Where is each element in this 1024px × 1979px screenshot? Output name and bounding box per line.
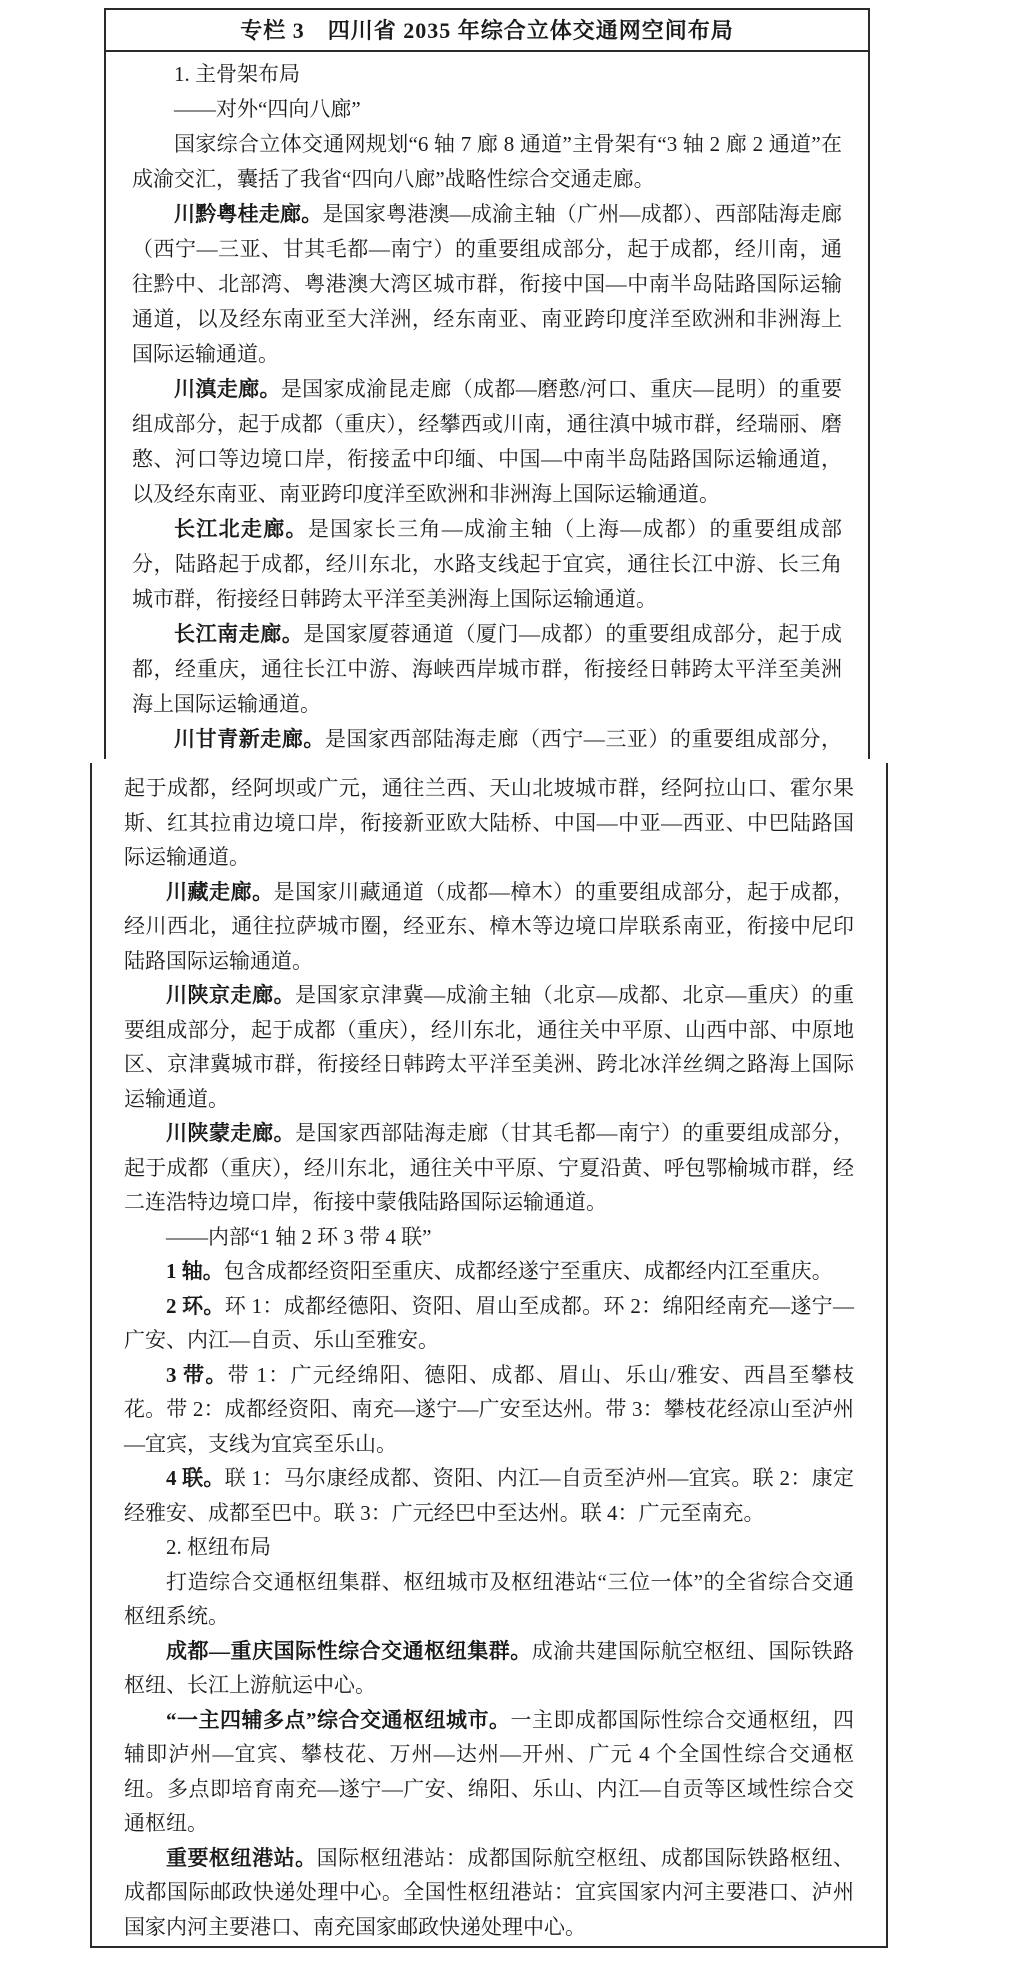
section-heading: ——内部“1 轴 2 环 3 带 4 联” [124, 1220, 854, 1255]
paragraph: 起于成都，经阿坝或广元，通往兰西、天山北坡城市群，经阿拉山口、霍尔果斯、红其拉甫… [124, 771, 854, 875]
paragraph-lead: 川陕蒙走廊。 [166, 1121, 295, 1145]
box-page2: 起于成都，经阿坝或广元，通往兰西、天山北坡城市群，经阿拉山口、霍尔果斯、红其拉甫… [90, 763, 888, 1948]
paragraph: 川黔粤桂走廊。是国家粤港澳—成渝主轴（广州—成都）、西部陆海走廊（西宁—三亚、甘… [132, 197, 842, 372]
paragraph-lead: 川滇走廊。 [174, 377, 281, 401]
paragraph: 川陕蒙走廊。是国家西部陆海走廊（甘其毛都—南宁）的重要组成部分，起于成都（重庆）… [124, 1116, 854, 1220]
box-page1-body: 1. 主骨架布局——对外“四向八廊”国家综合立体交通网规划“6 轴 7 廊 8 … [106, 52, 868, 757]
paragraph: 川滇走廊。是国家成渝昆走廊（成都—磨憨/河口、重庆—昆明）的重要组成部分，起于成… [132, 372, 842, 512]
paragraph-lead: 4 联。 [166, 1466, 225, 1490]
paragraph: 打造综合交通枢纽集群、枢纽城市及枢纽港站“三位一体”的全省综合交通枢纽系统。 [124, 1565, 854, 1634]
paragraph: 4 联。联 1：马尔康经成都、资阳、内江—自贡至泸州—宜宾。联 2：康定经雅安、… [124, 1461, 854, 1530]
paragraph: 3 带。带 1：广元经绵阳、德阳、成都、眉山、乐山/雅安、西昌至攀枝花。带 2：… [124, 1358, 854, 1462]
box-page1: 专栏 3 四川省 2035 年综合立体交通网空间布局 1. 主骨架布局——对外“… [104, 8, 870, 759]
section-heading: 1. 主骨架布局 [132, 57, 842, 92]
paragraph: 川陕京走廊。是国家京津冀—成渝主轴（北京—成都、北京—重庆）的重要组成部分，起于… [124, 978, 854, 1116]
paragraph: 2 环。环 1：成都经德阳、资阳、眉山至成都。环 2：绵阳经南充—遂宁—广安、内… [124, 1289, 854, 1358]
paragraph-lead: 3 带。 [166, 1363, 228, 1387]
paragraph-lead: 2 环。 [166, 1294, 225, 1318]
paragraph: 重要枢纽港站。国际枢纽港站：成都国际航空枢纽、成都国际铁路枢纽、成都国际邮政快递… [124, 1841, 854, 1945]
paragraph: 川藏走廊。是国家川藏通道（成都—樟木）的重要组成部分，起于成都，经川西北，通往拉… [124, 875, 854, 979]
paragraph: 成都—重庆国际性综合交通枢纽集群。成渝共建国际航空枢纽、国际铁路枢纽、长江上游航… [124, 1634, 854, 1703]
paragraph-lead: 川黔粤桂走廊。 [174, 202, 322, 226]
paragraph-lead: 川陕京走廊。 [166, 983, 295, 1007]
section-heading: 2. 枢纽布局 [124, 1530, 854, 1565]
paragraph-lead: “一主四辅多点”综合交通枢纽城市。 [166, 1708, 511, 1732]
paragraph-lead: 川甘青新走廊。 [174, 727, 325, 751]
paragraph-lead: 长江北走廊。 [174, 517, 308, 541]
paragraph: “一主四辅多点”综合交通枢纽城市。一主即成都国际性综合交通枢纽，四辅即泸州—宜宾… [124, 1703, 854, 1841]
paragraph-lead: 长江南走廊。 [174, 622, 303, 646]
paragraph-lead: 重要枢纽港站。 [166, 1846, 317, 1870]
document-page: { "page": { "background": "#ffffff", "te… [0, 0, 1024, 1979]
paragraph: 1 轴。包含成都经资阳至重庆、成都经遂宁至重庆、成都经内江至重庆。 [124, 1254, 854, 1289]
paragraph-lead: 成都—重庆国际性综合交通枢纽集群。 [166, 1639, 532, 1663]
paragraph: 长江南走廊。是国家厦蓉通道（厦门—成都）的重要组成部分，起于成都，经重庆，通往长… [132, 617, 842, 722]
paragraph: 川甘青新走廊。是国家西部陆海走廊（西宁—三亚）的重要组成部分， [132, 722, 842, 757]
section-heading: ——对外“四向八廊” [132, 92, 842, 127]
paragraph-lead: 川藏走廊。 [166, 880, 274, 904]
paragraph: 长江北走廊。是国家长三角—成渝主轴（上海—成都）的重要组成部分，陆路起于成都，经… [132, 512, 842, 617]
paragraph-lead: 1 轴。 [166, 1259, 224, 1283]
paragraph: 国家综合立体交通网规划“6 轴 7 廊 8 通道”主骨架有“3 轴 2 廊 2 … [132, 127, 842, 197]
box-page2-body: 起于成都，经阿坝或广元，通往兰西、天山北坡城市群，经阿拉山口、霍尔果斯、红其拉甫… [92, 763, 886, 1944]
box-title: 专栏 3 四川省 2035 年综合立体交通网空间布局 [106, 10, 868, 52]
